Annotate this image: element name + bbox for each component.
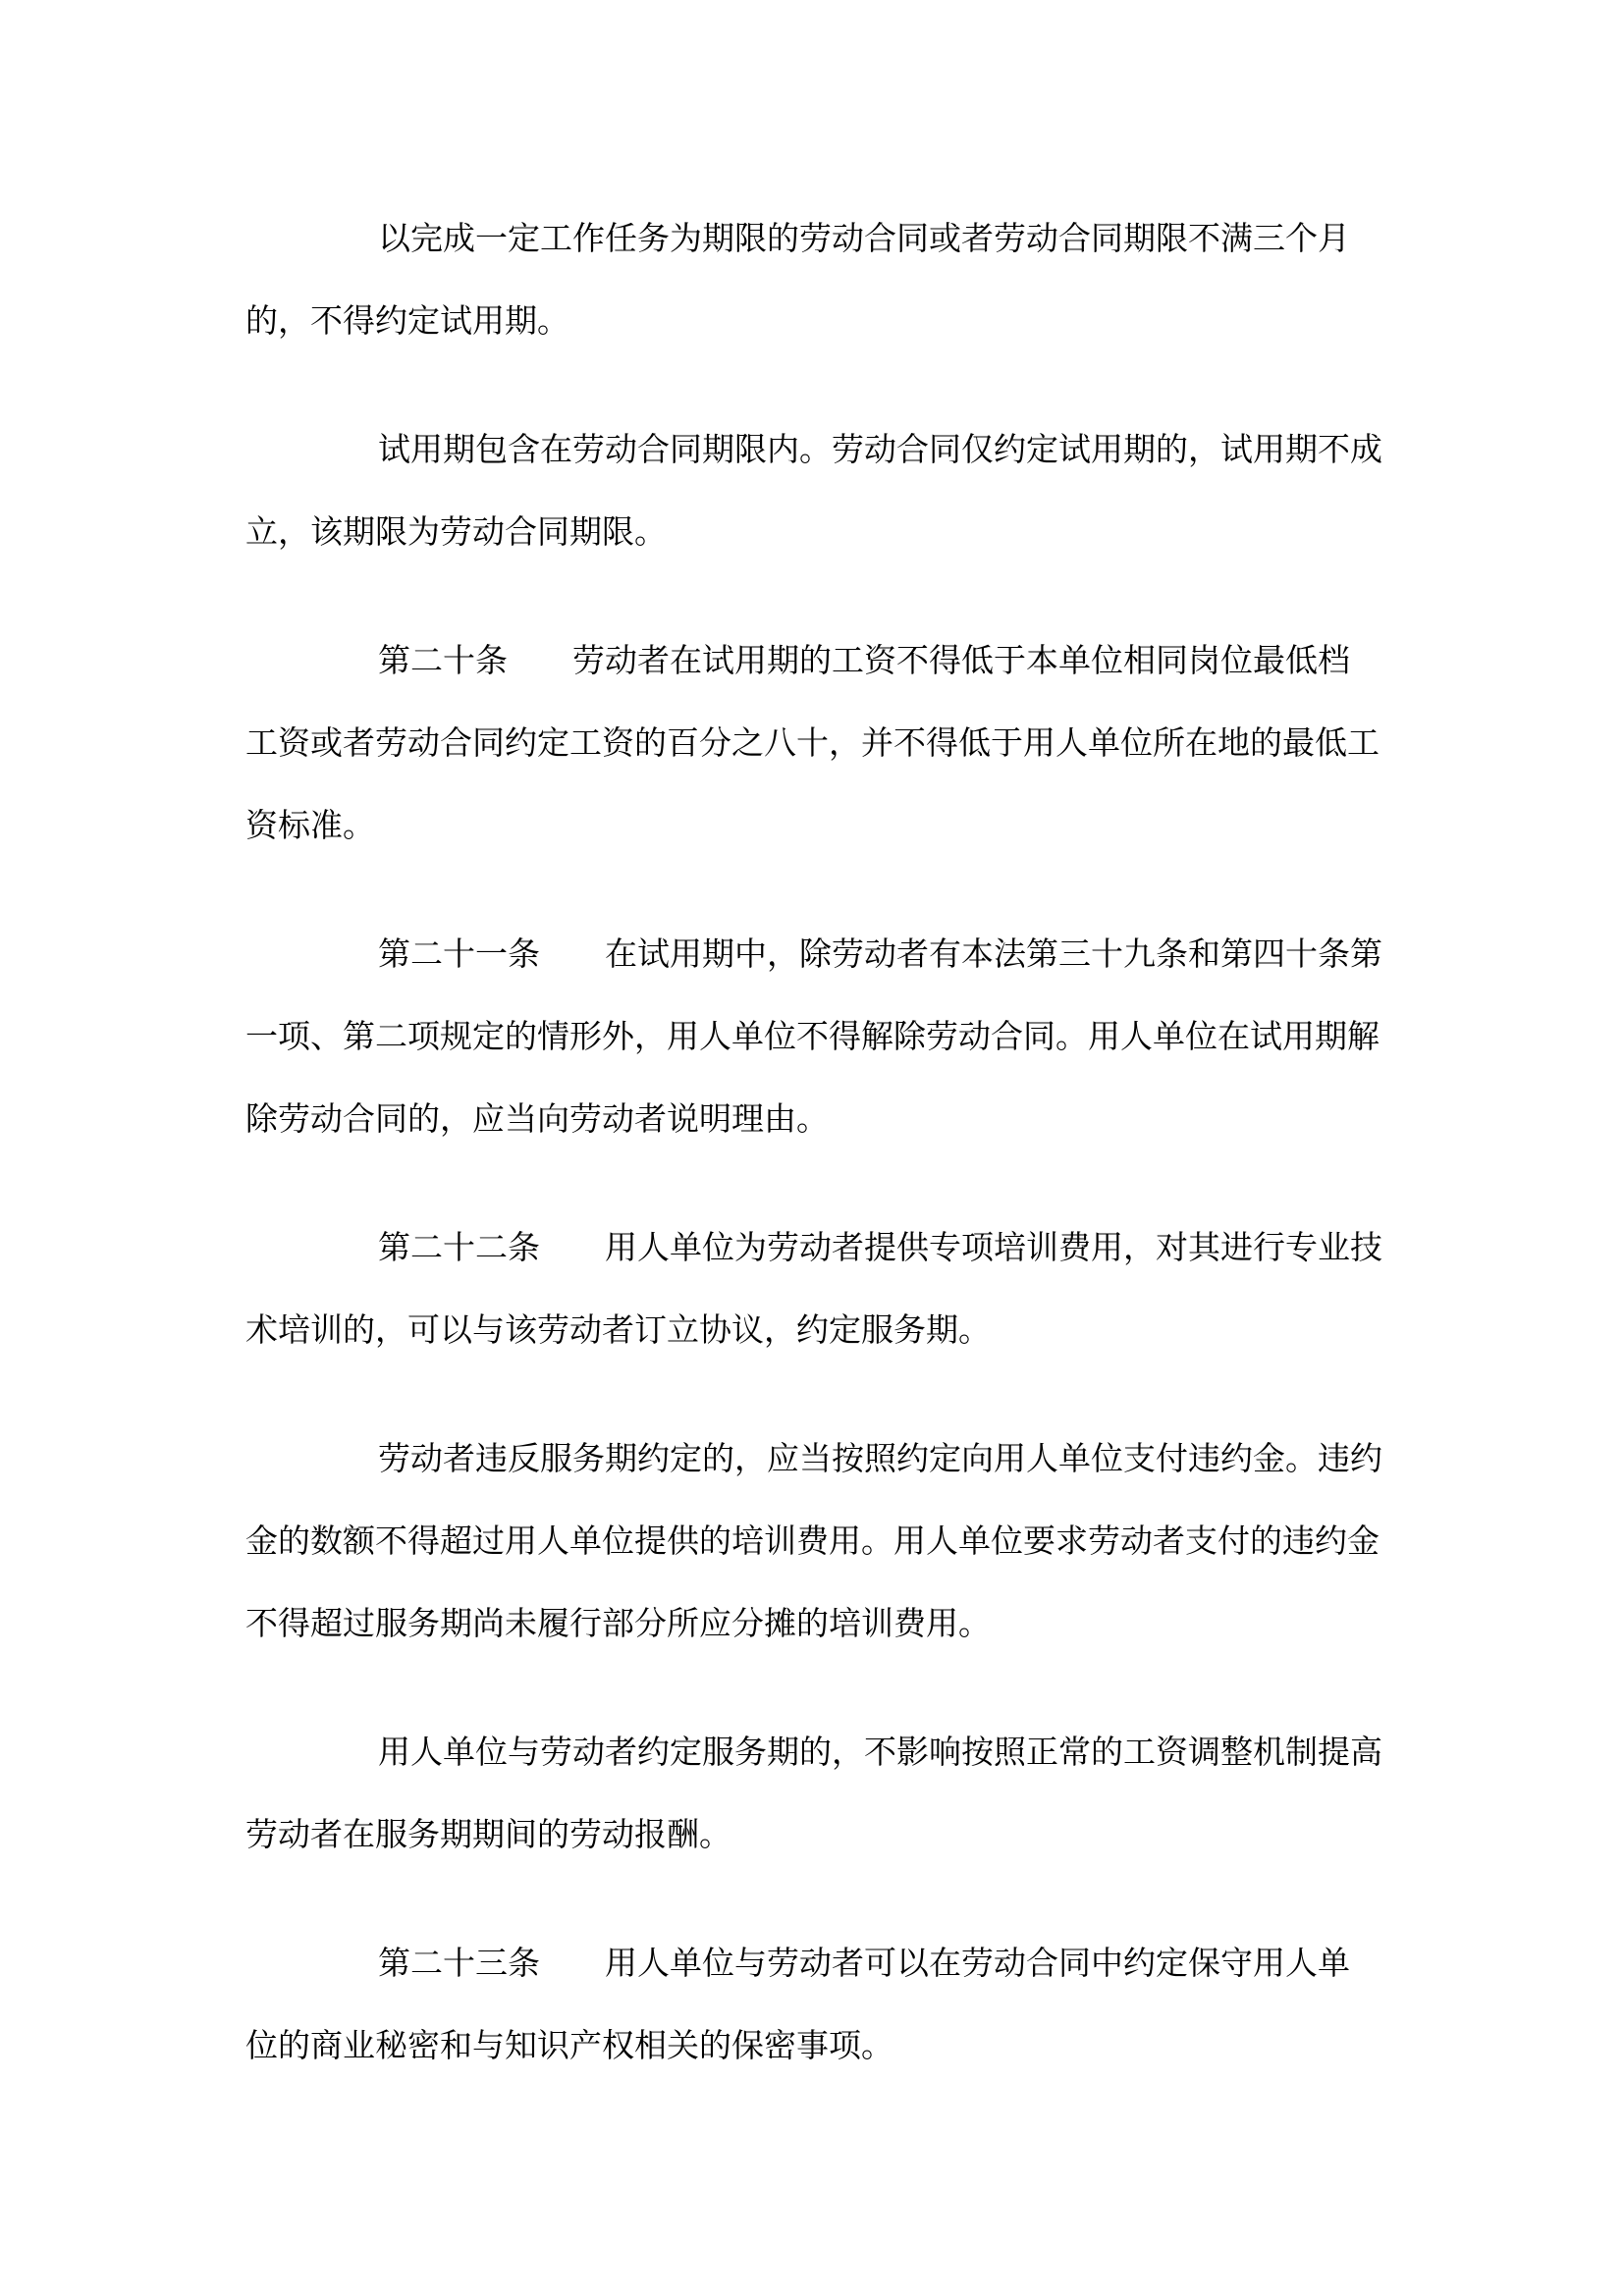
document-page: 以完成一定工作任务为期限的劳动合同或者劳动合同期限不满三个月 的，不得约定试用期… [0,0,1623,2296]
paragraph-article-22-training-service-period: 第二十二条 用人单位为劳动者提供专项培训费用，对其进行专业技 术培训的，可以与该… [245,1207,1427,1372]
paragraph-article-21-probation-termination: 第二十一条 在试用期中，除劳动者有本法第三十九条和第四十条第 一项、第二项规定的… [245,914,1427,1161]
paragraph-probation-included-in-term: 试用期包含在劳动合同期限内。劳动合同仅约定试用期的，试用期不成 立，该期限为劳动… [245,409,1427,574]
paragraph-service-period-penalty: 劳动者违反服务期约定的，应当按照约定向用人单位支付违约金。违约 金的数额不得超过… [245,1418,1427,1666]
paragraph-service-period-wage-adjustment: 用人单位与劳动者约定服务期的，不影响按照正常的工资调整机制提高 劳动者在服务期期… [245,1712,1427,1877]
document-body: 以完成一定工作任务为期限的劳动合同或者劳动合同期限不满三个月 的，不得约定试用期… [0,0,1623,2088]
paragraph-article-20-probation-wage: 第二十条 劳动者在试用期的工资不得低于本单位相同岗位最低档 工资或者劳动合同约定… [245,620,1427,868]
paragraph-probation-not-allowed: 以完成一定工作任务为期限的劳动合同或者劳动合同期限不满三个月 的，不得约定试用期… [245,198,1427,363]
paragraph-article-23-confidentiality: 第二十三条 用人单位与劳动者可以在劳动合同中约定保守用人单 位的商业秘密和与知识… [245,1923,1427,2088]
